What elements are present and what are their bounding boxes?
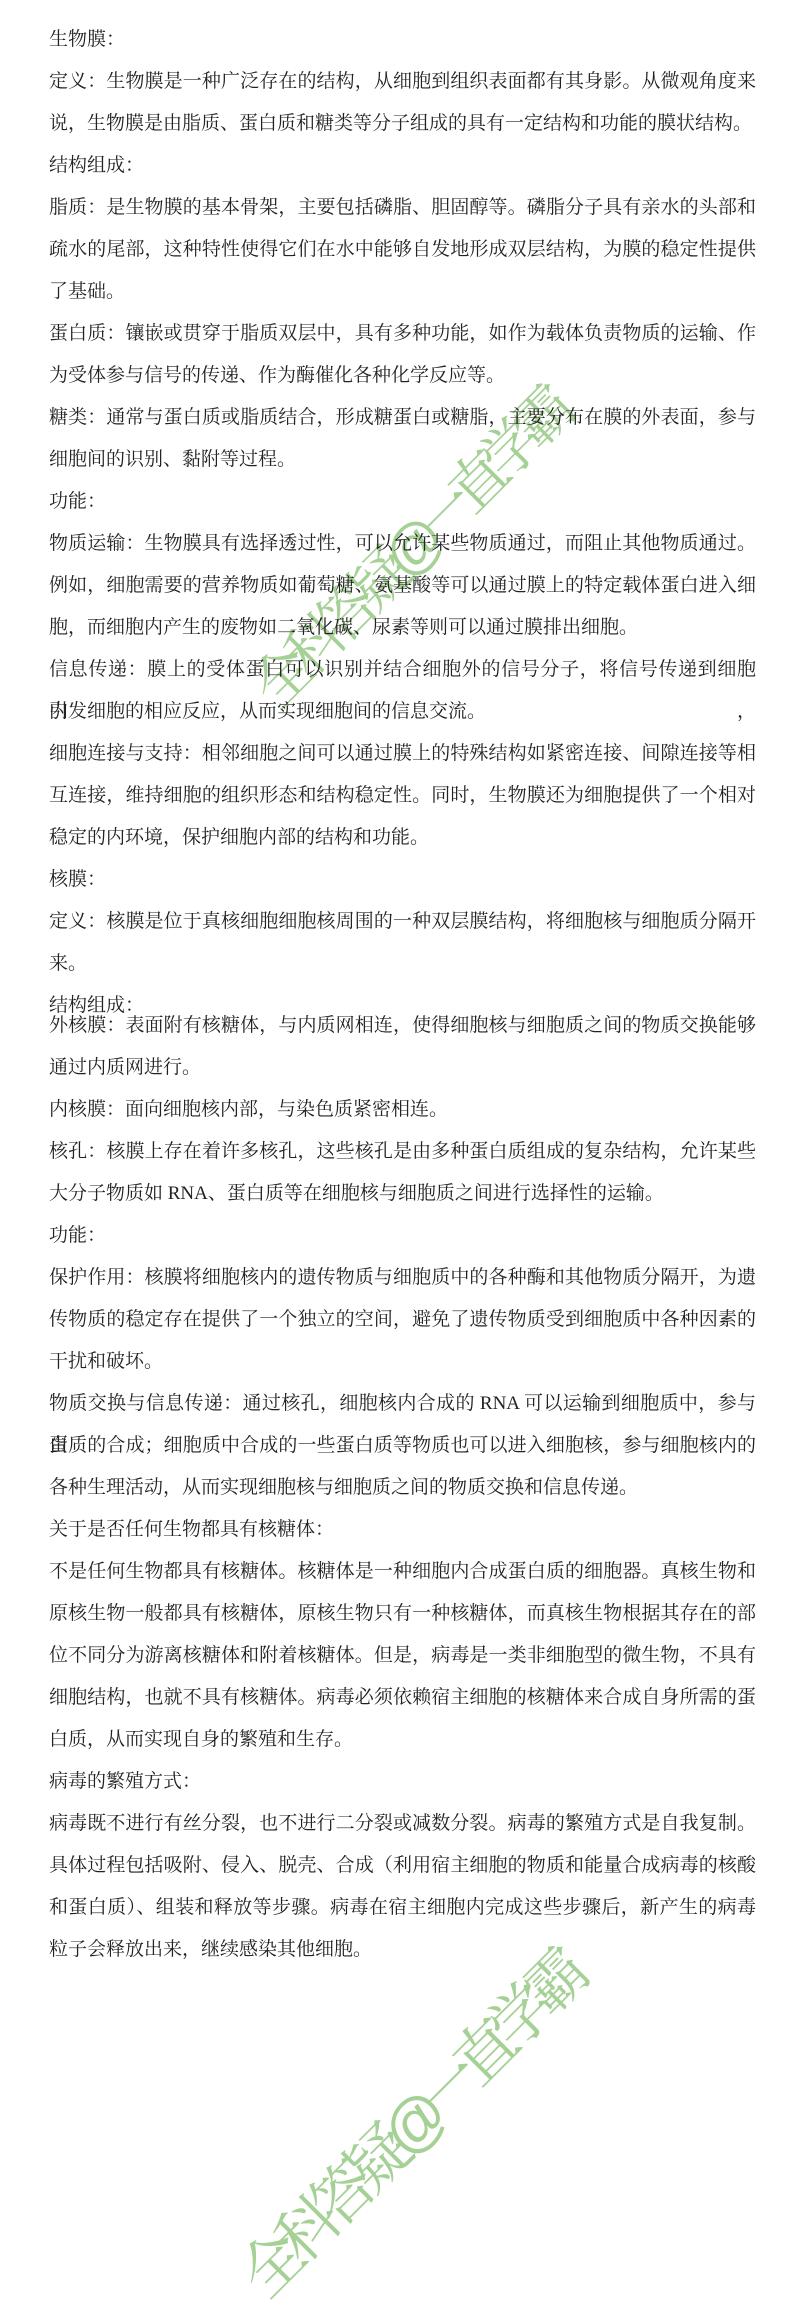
text-line: 病毒的繁殖方式：: [49, 1761, 756, 1803]
paragraph: 物质交换与信息传递：通过核孔，细胞核内合成的 RNA 可以运输到细胞质中，参与蛋…: [49, 1383, 756, 1509]
text-line: 内核膜：面向细胞核内部，与染色质紧密相连。: [49, 1089, 756, 1131]
text-line: 功能：: [49, 481, 756, 523]
text-line: 脂质：是生物膜的基本骨架，主要包括磷脂、胆固醇等。磷脂分子具有亲水的头部和: [49, 187, 756, 229]
paragraph: 细胞连接与支持：相邻细胞之间可以通过膜上的特殊结构如紧密连接、间隙连接等相互连接…: [49, 733, 756, 859]
section-heading: 功能：: [49, 1215, 756, 1257]
text-line: 糖类：通常与蛋白质或脂质结合，形成糖蛋白或糖脂，主要分布在膜的外表面，参与: [49, 397, 756, 439]
section-heading: 病毒的繁殖方式：: [49, 1761, 756, 1803]
text-line: 物质交换与信息传递：通过核孔，细胞核内合成的 RNA 可以运输到细胞质中，参与蛋: [49, 1383, 756, 1425]
text-line: 白质，从而实现自身的繁殖和生存。: [49, 1719, 756, 1761]
text-line: 核膜：: [49, 859, 756, 901]
text-line: 胞，而细胞内产生的废物如二氧化碳、尿素等则可以通过膜排出细胞。: [49, 607, 756, 649]
text-line: 白质的合成；细胞质中合成的一些蛋白质等物质也可以进入细胞核，参与细胞核内的: [49, 1425, 756, 1467]
paragraph: 病毒既不进行有丝分裂，也不进行二分裂或减数分裂。病毒的繁殖方式是自我复制。具体过…: [49, 1803, 756, 1971]
paragraph: 核孔：核膜上存在着许多核孔，这些核孔是由多种蛋白质组成的复杂结构，允许某些大分子…: [49, 1131, 756, 1215]
text-line: 细胞连接与支持：相邻细胞之间可以通过膜上的特殊结构如紧密连接、间隙连接等相: [49, 733, 756, 775]
paragraph: 物质运输：生物膜具有选择透过性，可以允许某些物质通过，而阻止其他物质通过。例如，…: [49, 523, 756, 649]
section-heading: 功能：: [49, 481, 756, 523]
watermark-diagonal-lower: 全科答疑@一直学霸: [216, 1932, 598, 2314]
text-line: 结构组成：: [49, 145, 756, 187]
text-line: 传物质的稳定存在提供了一个独立的空间，避免了遗传物质受到细胞质中各种因素的: [49, 1299, 756, 1341]
text-line: 互连接，维持细胞的组织形态和结构稳定性。同时，生物膜还为细胞提供了一个相对: [49, 775, 756, 817]
text-line: 例如，细胞需要的营养物质如葡萄糖、氨基酸等可以通过膜上的特定载体蛋白进入细: [49, 565, 756, 607]
text-line: 各种生理活动，从而实现细胞核与细胞质之间的物质交换和信息传递。: [49, 1467, 756, 1509]
paragraph: 定义：生物膜是一种广泛存在的结构，从细胞到组织表面都有其身影。从微观角度来说，生…: [49, 61, 756, 145]
text-line: 大分子物质如 RNA、蛋白质等在细胞核与细胞质之间进行选择性的运输。: [49, 1173, 756, 1215]
section-heading: 结构组成：: [49, 145, 756, 187]
text-line: 粒子会释放出来，继续感染其他细胞。: [49, 1929, 756, 1971]
text-line: 具体过程包括吸附、侵入、脱壳、合成（利用宿主细胞的物质和能量合成病毒的核酸: [49, 1845, 756, 1887]
text-line: 疏水的尾部，这种特性使得它们在水中能够自发地形成双层结构，为膜的稳定性提供: [49, 229, 756, 271]
text-line: 核孔：核膜上存在着许多核孔，这些核孔是由多种蛋白质组成的复杂结构，允许某些: [49, 1131, 756, 1173]
text-line: 了基础。: [49, 271, 756, 313]
text-line: 物质运输：生物膜具有选择透过性，可以允许某些物质通过，而阻止其他物质通过。: [49, 523, 756, 565]
paragraph: 蛋白质：镶嵌或贯穿于脂质双层中，具有多种功能，如作为载体负责物质的运输、作为受体…: [49, 313, 756, 397]
text-line: 关于是否任何生物都具有核糖体：: [49, 1509, 756, 1551]
paragraph: 定义：核膜是位于真核细胞细胞核周围的一种双层膜结构，将细胞核与细胞质分隔开来。: [49, 901, 756, 985]
paragraph: 不是任何生物都具有核糖体。核糖体是一种细胞内合成蛋白质的细胞器。真核生物和原核生…: [49, 1551, 756, 1761]
text-line: 细胞间的识别、黏附等过程。: [49, 439, 756, 481]
text-line: 蛋白质：镶嵌或贯穿于脂质双层中，具有多种功能，如作为载体负责物质的运输、作: [49, 313, 756, 355]
text-line: 功能：: [49, 1215, 756, 1257]
text-line: 定义：核膜是位于真核细胞细胞核周围的一种双层膜结构，将细胞核与细胞质分隔开: [49, 901, 756, 943]
text-line: 说，生物膜是由脂质、蛋白质和糖类等分子组成的具有一定结构和功能的膜状结构。: [49, 103, 756, 145]
document-body: 生物膜：定义：生物膜是一种广泛存在的结构，从细胞到组织表面都有其身影。从微观角度…: [49, 0, 756, 1971]
paragraph: 内核膜：面向细胞核内部，与染色质紧密相连。: [49, 1089, 756, 1131]
text-line: 细胞结构，也就不具有核糖体。病毒必须依赖宿主细胞的核糖体来合成自身所需的蛋: [49, 1677, 756, 1719]
text-line: 信息传递：膜上的受体蛋白可以识别并结合细胞外的信号分子，将信号传递到细胞内，: [49, 649, 756, 691]
text-line: 原核生物一般都具有核糖体，原核生物只有一种核糖体，而真核生物根据其存在的部: [49, 1593, 756, 1635]
text-line: 稳定的内环境，保护细胞内部的结构和功能。: [49, 817, 756, 859]
document-page: 全科答疑@一直学霸 全科答疑@一直学霸 生物膜：定义：生物膜是一种广泛存在的结构…: [0, 0, 800, 2316]
text-line: 外核膜：表面附有核糖体，与内质网相连，使得细胞核与细胞质之间的物质交换能够: [49, 1005, 756, 1047]
paragraph: 信息传递：膜上的受体蛋白可以识别并结合细胞外的信号分子，将信号传递到细胞内，引发…: [49, 649, 756, 733]
text-line: 定义：生物膜是一种广泛存在的结构，从细胞到组织表面都有其身影。从微观角度来: [49, 61, 756, 103]
text-line: 为受体参与信号的传递、作为酶催化各种化学反应等。: [49, 355, 756, 397]
text-line: 通过内质网进行。: [49, 1047, 756, 1089]
text-line: 不是任何生物都具有核糖体。核糖体是一种细胞内合成蛋白质的细胞器。真核生物和: [49, 1551, 756, 1593]
text-line: 病毒既不进行有丝分裂，也不进行二分裂或减数分裂。病毒的繁殖方式是自我复制。: [49, 1803, 756, 1845]
paragraph: 保护作用：核膜将细胞核内的遗传物质与细胞质中的各种酶和其他物质分隔开，为遗传物质…: [49, 1257, 756, 1383]
text-line: 干扰和破坏。: [49, 1341, 756, 1383]
section-heading: 关于是否任何生物都具有核糖体：: [49, 1509, 756, 1551]
text-line: 保护作用：核膜将细胞核内的遗传物质与细胞质中的各种酶和其他物质分隔开，为遗: [49, 1257, 756, 1299]
section-heading: 生物膜：: [49, 19, 756, 61]
text-line: 和蛋白质）、组装和释放等步骤。病毒在宿主细胞内完成这些步骤后，新产生的病毒: [49, 1887, 756, 1929]
text-line: 来。: [49, 943, 756, 985]
text-line: 生物膜：: [49, 19, 756, 61]
paragraph: 糖类：通常与蛋白质或脂质结合，形成糖蛋白或糖脂，主要分布在膜的外表面，参与细胞间…: [49, 397, 756, 481]
paragraph: 脂质：是生物膜的基本骨架，主要包括磷脂、胆固醇等。磷脂分子具有亲水的头部和疏水的…: [49, 187, 756, 313]
paragraph: 外核膜：表面附有核糖体，与内质网相连，使得细胞核与细胞质之间的物质交换能够通过内…: [49, 1005, 756, 1089]
section-heading: 核膜：: [49, 859, 756, 901]
text-line: 位不同分为游离核糖体和附着核糖体。但是，病毒是一类非细胞型的微生物，不具有: [49, 1635, 756, 1677]
